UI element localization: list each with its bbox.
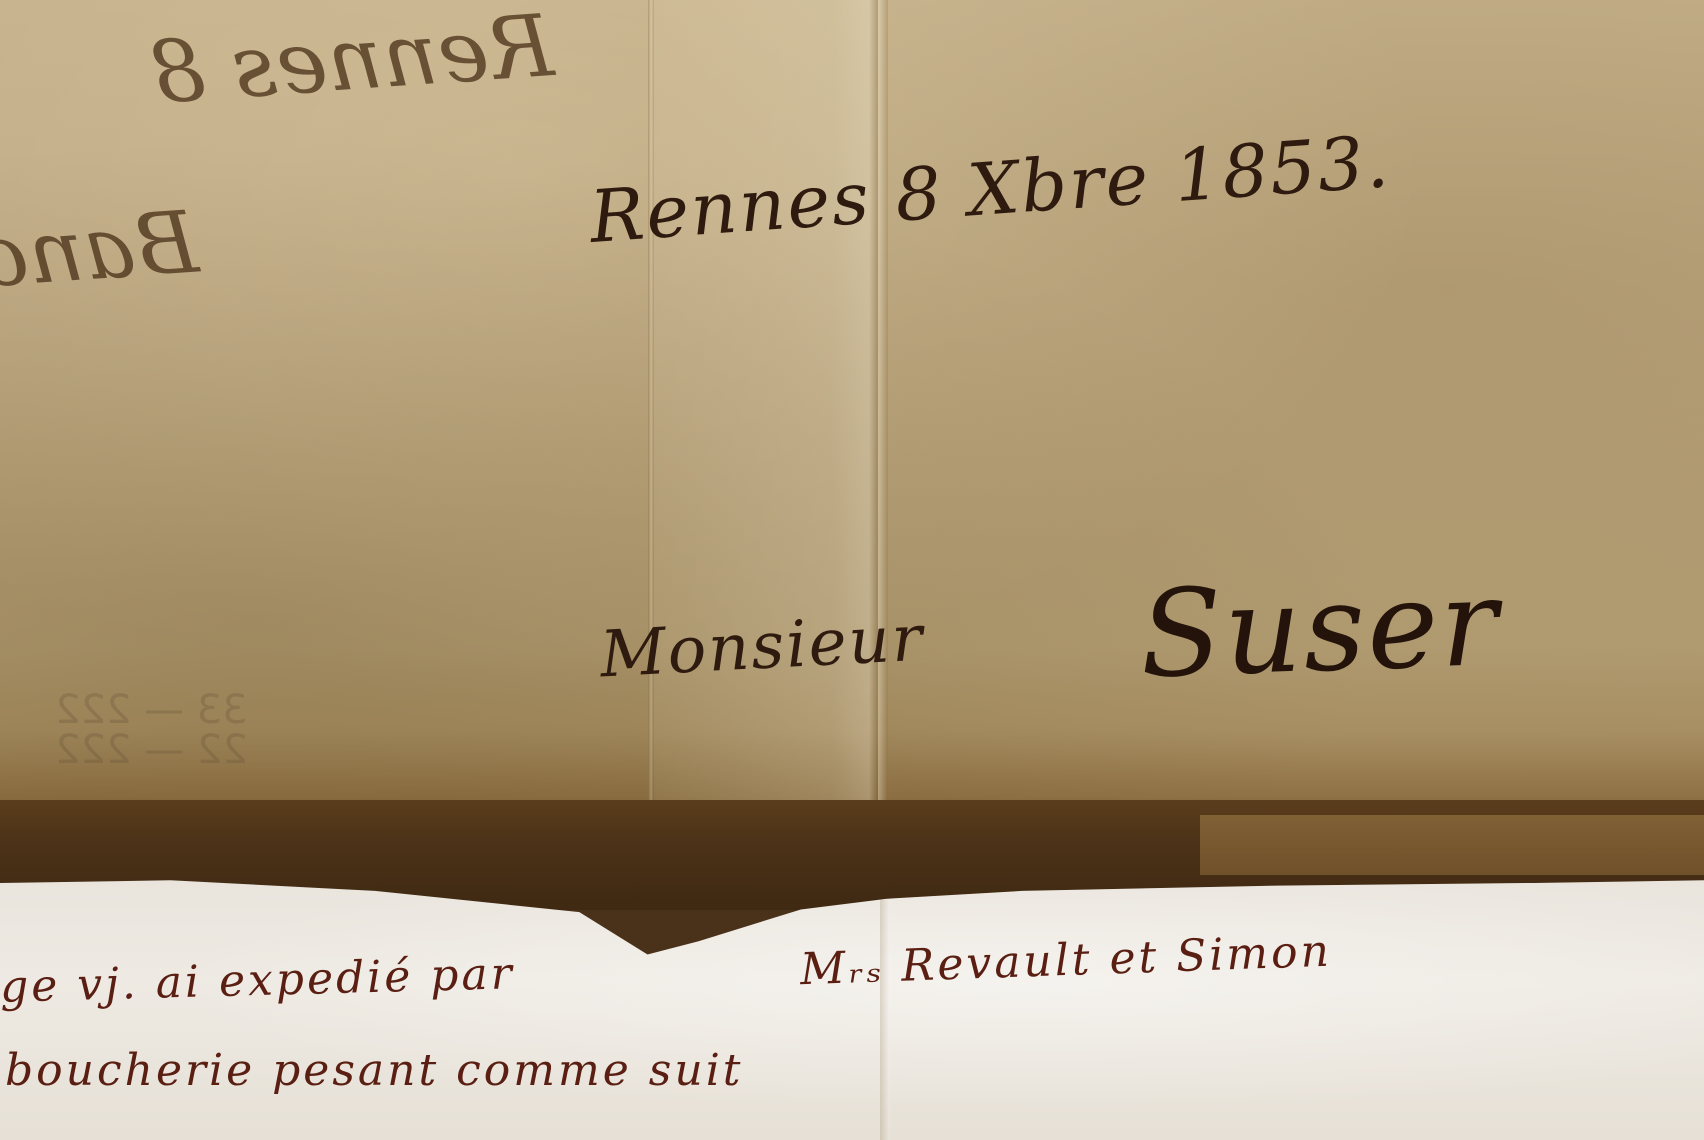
envelope-edge-right	[1200, 815, 1704, 875]
mirrored-ink-offset-2: Banc	[0, 193, 201, 308]
letter-sheet	[0, 875, 1704, 1140]
pencil-marks: 33 — 222 22 — 222	[55, 690, 248, 770]
letter-line-2: boucherie pesant comme suit	[5, 1045, 743, 1096]
pencil-mark-2: 22 — 222	[55, 730, 248, 770]
letter-photograph: Rennes 8 Banc 33 — 222 22 — 222 Rennes 8…	[0, 0, 1704, 1140]
pencil-mark-1: 33 — 222	[55, 690, 248, 730]
addressee-name: Suser	[1138, 554, 1502, 705]
letter-fold-crease	[880, 900, 890, 1140]
fold-crease-right	[878, 0, 888, 820]
fold-panel	[654, 0, 878, 820]
